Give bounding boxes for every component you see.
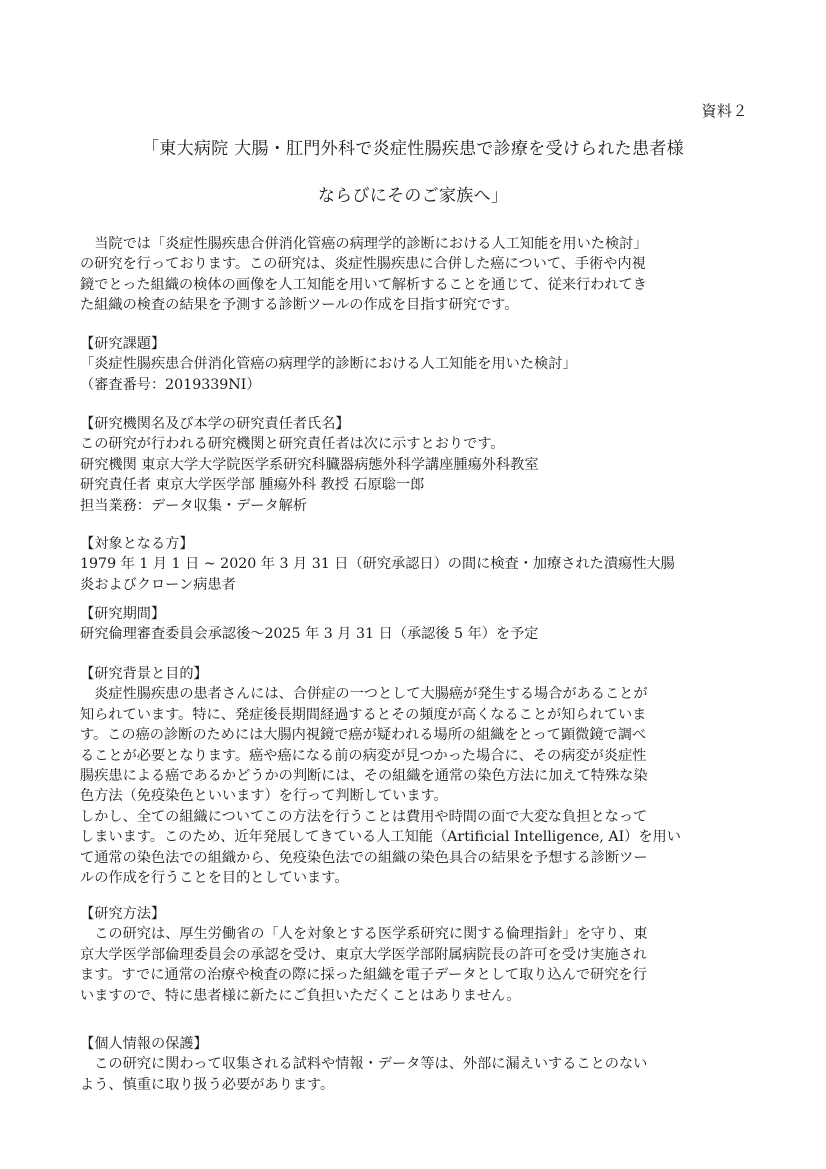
- section-method: 【研究方法】 この研究は、厚生労働省の「人を対象とする医学系研究に関する倫理指針…: [80, 904, 750, 1006]
- privacy-line: この研究に関わって収集される試料や情報・データ等は、外部に漏えいすることのない: [80, 1054, 750, 1074]
- background-line: 知られています。特に、発症後長期間経過するとその頻度が高くなることが知られていま: [80, 705, 750, 725]
- intro-paragraph: 当院では「炎症性腸疾患合併消化管癌の病理学的診断における人工知能を用いた検討」 …: [80, 234, 750, 316]
- background-line: しかし、全ての組織についてこの方法を行うことは費用や時間の面で大変な負担となって: [80, 807, 750, 827]
- background-line: ることが必要となります。癌や癌になる前の病変が見つかった場合に、その病変が炎症性: [80, 746, 750, 766]
- section-heading: 【研究機関名及び本学の研究責任者氏名】: [80, 414, 750, 434]
- subjects-line: 1979 年 1 月 1 日 ~ 2020 年 3 月 31 日（研究承認日）の…: [80, 554, 750, 574]
- institution-line: 研究責任者 東京大学医学部 腫瘍外科 教授 石原聡一郎: [80, 475, 750, 495]
- topic-line: 「炎症性腸疾患合併消化管癌の病理学的診断における人工知能を用いた検討」: [80, 354, 750, 374]
- institution-line: この研究が行われる研究機関と研究責任者は次に示すとおりです。: [80, 434, 750, 454]
- method-line: いますので、特に患者様に新たにご負担いただくことはありません。: [80, 986, 750, 1006]
- section-period: 【研究期間】 研究倫理審査委員会承認後～2025 年 3 月 31 日（承認後 …: [80, 604, 750, 645]
- section-privacy: 【個人情報の保護】 この研究に関わって収集される試料や情報・データ等は、外部に漏…: [80, 1034, 750, 1095]
- intro-line: 当院では「炎症性腸疾患合併消化管癌の病理学的診断における人工知能を用いた検討」: [80, 234, 750, 254]
- background-line: 色方法（免疫染色といいます）を行って判断しています。: [80, 786, 750, 806]
- method-line: ます。すでに通常の治療や検査の際に採った組織を電子データとして取り込んで研究を行: [80, 965, 750, 985]
- section-heading: 【研究課題】: [80, 334, 750, 354]
- background-line: す。この癌の診断のためには大腸内視鏡で癌が疑われる場所の組織をとって顕微鏡で調べ: [80, 725, 750, 745]
- background-line: ルの作成を行うことを目的としています。: [80, 868, 750, 888]
- section-institution: 【研究機関名及び本学の研究責任者氏名】 この研究が行われる研究機関と研究責任者は…: [80, 414, 750, 516]
- background-line: 腸疾患による癌であるかどうかの判断には、その組織を通常の染色方法に加えて特殊な染: [80, 766, 750, 786]
- section-heading: 【対象となる方】: [80, 534, 750, 554]
- subjects-line: 炎およびクローン病患者: [80, 575, 750, 595]
- institution-line: 研究機関 東京大学大学院医学系研究科臓器病態外科学講座腫瘍外科教室: [80, 455, 750, 475]
- document-title-line-2: ならびにそのご家族へ」: [0, 181, 826, 206]
- period-line: 研究倫理審査委員会承認後～2025 年 3 月 31 日（承認後 5 年）を予定: [80, 624, 750, 644]
- intro-line: 鏡でとった組織の検体の画像を人工知能を用いて解析することを通じて、従来行われてき: [80, 275, 750, 295]
- intro-line: た組織の検査の結果を予測する診断ツールの作成を目指す研究です。: [80, 295, 750, 315]
- section-heading: 【研究方法】: [80, 904, 750, 924]
- section-heading: 【個人情報の保護】: [80, 1034, 750, 1054]
- section-heading: 【研究期間】: [80, 604, 750, 624]
- intro-line: の研究を行っております。この研究は、炎症性腸疾患に合併した癌について、手術や内視: [80, 254, 750, 274]
- background-line: て通常の染色法での組織から、免疫染色法での組織の染色具合の結果を予想する診断ツー: [80, 848, 750, 868]
- method-line: 京大学医学部倫理委員会の承認を受け、東京大学医学部附属病院長の許可を受け実施され: [80, 945, 750, 965]
- document-label: 資料２: [701, 100, 748, 121]
- section-subjects: 【対象となる方】 1979 年 1 月 1 日 ~ 2020 年 3 月 31 …: [80, 534, 750, 595]
- document-title-line-1: 「東大病院 大腸・肛門外科で炎症性腸疾患で診療を受けられた患者様: [0, 134, 826, 159]
- background-line: 炎症性腸疾患の患者さんには、合併症の一つとして大腸癌が発生する場合があることが: [80, 684, 750, 704]
- review-number: （審査番号：2019339NI）: [80, 375, 750, 395]
- privacy-line: よう、慎重に取り扱う必要があります。: [80, 1075, 750, 1095]
- institution-line: 担当業務：データ収集・データ解析: [80, 496, 750, 516]
- section-heading: 【研究背景と目的】: [80, 664, 750, 684]
- background-line: しまいます。このため、近年発展してきている人工知能（Artificial Int…: [80, 827, 750, 847]
- section-background: 【研究背景と目的】 炎症性腸疾患の患者さんには、合併症の一つとして大腸癌が発生す…: [80, 664, 750, 888]
- section-topic: 【研究課題】 「炎症性腸疾患合併消化管癌の病理学的診断における人工知能を用いた検…: [80, 334, 750, 395]
- method-line: この研究は、厚生労働省の「人を対象とする医学系研究に関する倫理指針」を守り、東: [80, 924, 750, 944]
